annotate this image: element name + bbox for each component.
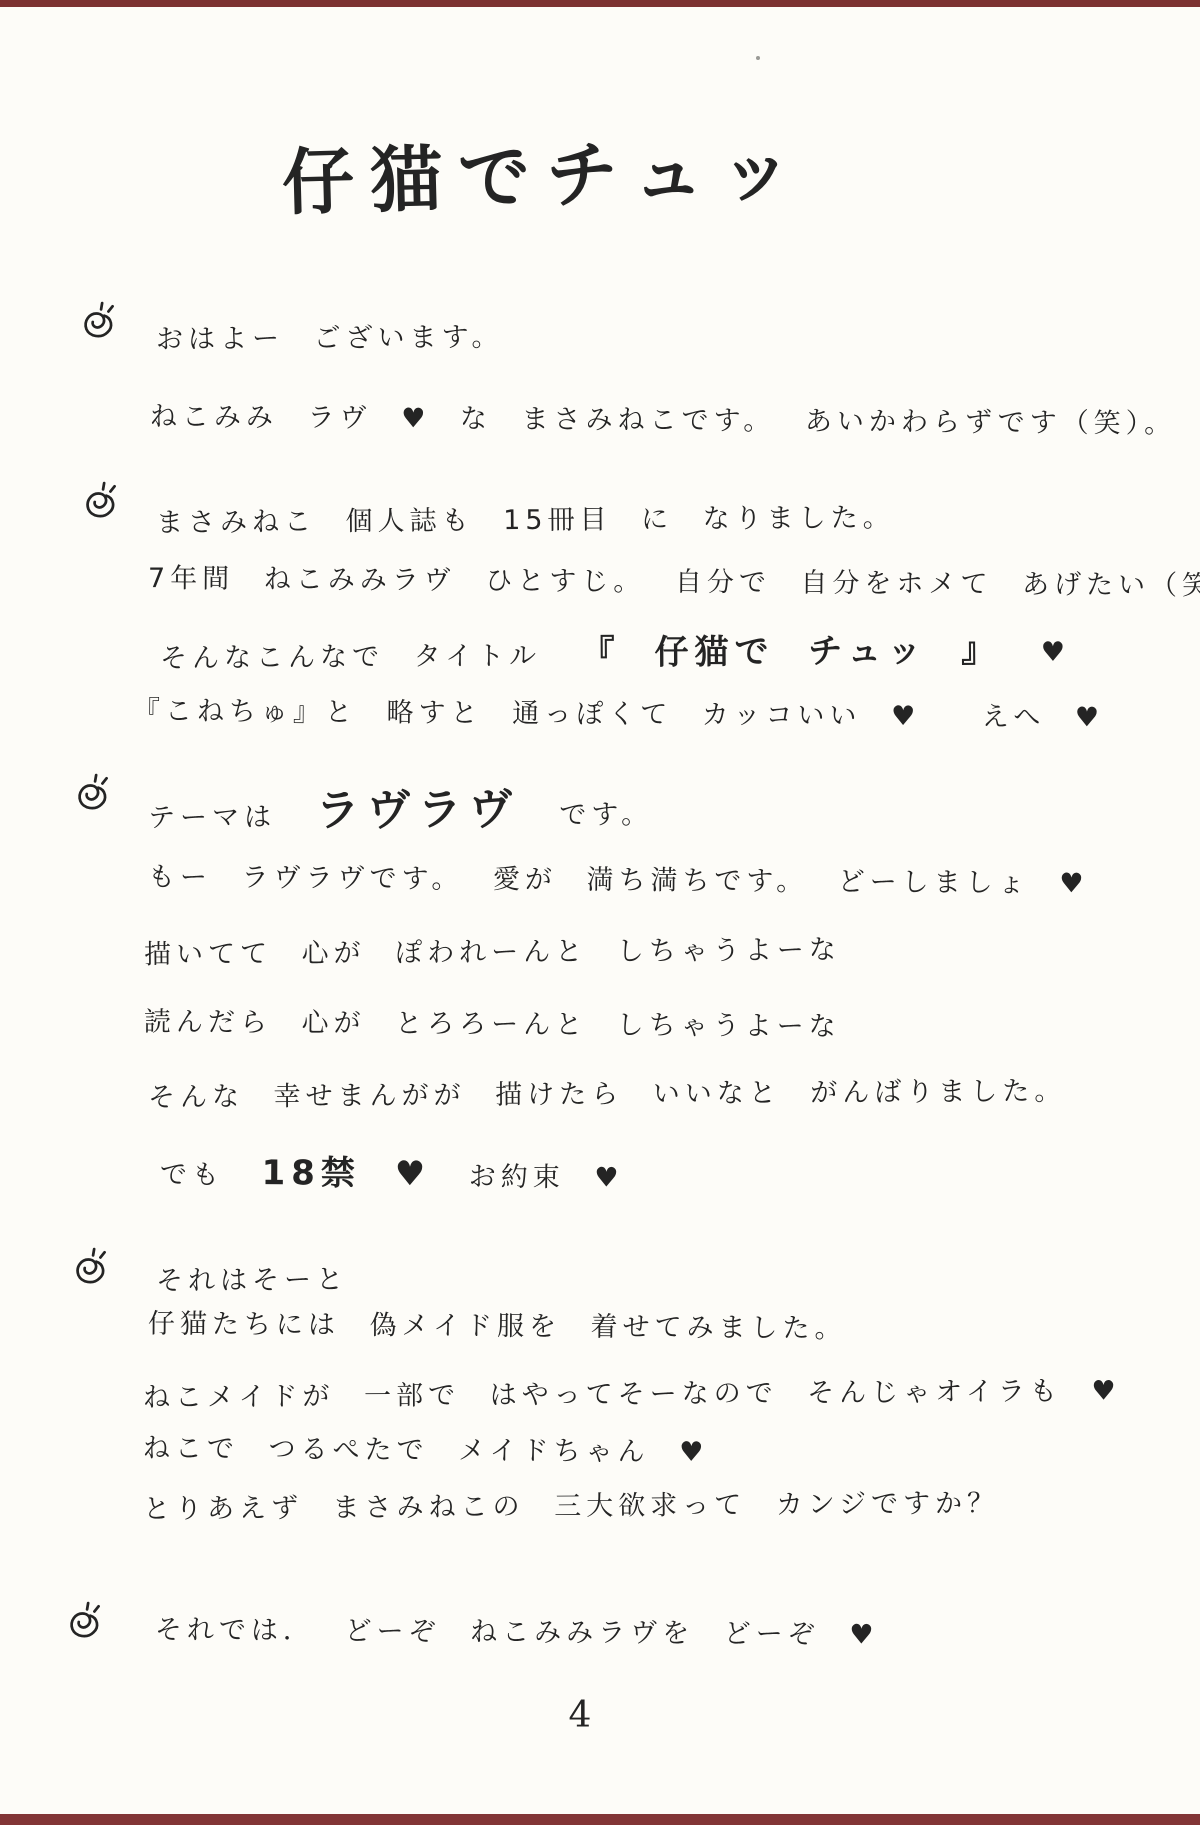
heart-mark: ♥ bbox=[1041, 637, 1070, 668]
scan-edge-bottom bbox=[0, 1814, 1200, 1825]
swirl-doodle-icon bbox=[68, 1246, 114, 1292]
text-line: 描いてて 心が ぽわれーんと しちゃうよーな bbox=[144, 928, 841, 972]
text-line: とりあえず まさみねこの 三大欲求って カンジですか？ bbox=[143, 1481, 999, 1526]
scanned-doujinshi-page: 仔猫でチュッ おはよー ございます。 ねこみみ ラヴ ♥ な まさみねこです。 … bbox=[0, 0, 1200, 1825]
swirl-doodle-icon bbox=[62, 1600, 108, 1646]
age-rating-segment: 18禁 ♥ bbox=[261, 1145, 431, 1195]
text-line: そんな 幸せまんがが 描けたら いいなと がんばりました。 bbox=[148, 1069, 1067, 1114]
text-segment: お約束 ♥ bbox=[469, 1155, 624, 1195]
text-line: 『こねちゅ』と 略すと 通っぽくて カッコいい ♥ えへ ♥ bbox=[133, 689, 1104, 735]
scan-edge-top bbox=[0, 0, 1200, 7]
text-line: 読んだら 心が とろろーんと しちゃうよーな bbox=[144, 1000, 841, 1044]
text-line: まさみねこ 個人誌も 15冊目 に なりました。 bbox=[156, 495, 895, 539]
text-line: ねこで つるぺたで メイドちゃん ♥ bbox=[143, 1426, 709, 1469]
page-number: 4 bbox=[520, 1695, 640, 1736]
text-segment: です。 bbox=[559, 792, 653, 832]
text-line: そんなこんなで タイトル 『 仔猫で チュッ 』 ♥ bbox=[160, 622, 1070, 677]
text-line: もー ラヴラヴです。 愛が 満ち満ちです。 どーしましょ ♥ bbox=[148, 855, 1089, 901]
text-line: テーマは ラヴラヴ です。 bbox=[148, 772, 653, 840]
emphasized-word: ラヴラヴ bbox=[315, 773, 519, 838]
text-segment: テーマは bbox=[148, 795, 276, 835]
booklet-title-segment: 『 仔猫で チュッ 』 bbox=[580, 622, 1001, 674]
text-line: 仔猫たちには 偽メイド服を 着せてみました。 bbox=[148, 1302, 847, 1346]
scan-speck bbox=[756, 56, 760, 60]
swirl-doodle-icon bbox=[70, 772, 116, 818]
page-title: 仔猫でチュッ bbox=[281, 111, 809, 229]
text-segment: でも bbox=[160, 1152, 224, 1191]
swirl-doodle-icon bbox=[76, 300, 122, 346]
text-line: それでは． どーぞ ねこみみラヴを どーぞ ♥ bbox=[155, 1607, 879, 1651]
text-line: それはそーと bbox=[156, 1257, 348, 1297]
text-line: ねこみみ ラヴ ♥ な まさみねこです。 あいかわらずです（笑）。 bbox=[150, 394, 1177, 440]
swirl-doodle-icon bbox=[78, 480, 124, 526]
text-segment: そんなこんなで タイトル bbox=[160, 634, 541, 676]
text-line: でも 18禁 ♥ お約束 ♥ bbox=[160, 1144, 624, 1196]
text-line: ねこメイドが 一部で はやってそーなので そんじゃオイラも ♥ bbox=[143, 1369, 1121, 1415]
text-line: おはよー ございます。 bbox=[156, 315, 504, 356]
text-line: 7年間 ねこみみラヴ ひとすじ。 自分で 自分をホメて あげたい（笑）。 bbox=[148, 556, 1200, 603]
